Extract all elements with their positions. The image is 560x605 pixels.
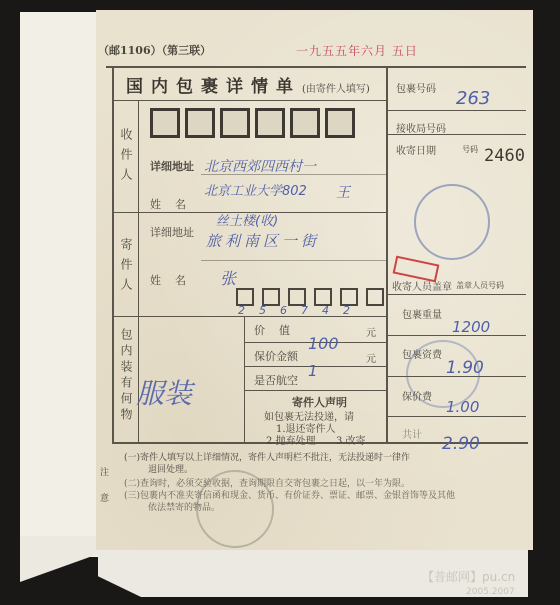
- recipient-name-label: 姓名: [150, 196, 200, 212]
- recipient-address-line1: 北京西郊四西村一: [204, 156, 316, 176]
- notes-line1b: 退回处理。: [148, 462, 193, 475]
- receiving-office-label: 接收局号码: [396, 120, 446, 135]
- parcel-number-label: 包裹号码: [396, 80, 436, 95]
- form-title: 国内包裹详情单: [126, 72, 301, 97]
- declared-value-label: 价值: [254, 322, 304, 338]
- sender-section-label: 寄件人: [118, 238, 135, 298]
- insured-amount-label: 保价金额: [254, 348, 298, 364]
- sender-name-label: 姓名: [150, 272, 200, 288]
- insured-amount-value: 100: [308, 334, 339, 353]
- postmark-stamp: [414, 184, 490, 260]
- sender-address-line2: 旅利南区一街: [206, 230, 320, 251]
- postcode-box: [185, 108, 215, 138]
- watermark: 【普邮网】pu.cn: [422, 568, 515, 585]
- postcode-box: [150, 108, 180, 138]
- recipient-address-line2: 北京工业大学802: [204, 180, 307, 199]
- insured-amount-unit: 元: [366, 350, 376, 365]
- sender-name-value: 张: [220, 266, 236, 289]
- recipient-section-label: 收件人: [118, 128, 135, 188]
- receipt-serial-prefix: 号码: [462, 144, 478, 155]
- form-code: （邮1106）（第三联）: [98, 42, 211, 58]
- recipient-address-label: 详细地址: [150, 158, 194, 174]
- postcode-box: [220, 108, 250, 138]
- postcode-box: [366, 288, 384, 306]
- postcode-box: [255, 108, 285, 138]
- airmail-label: 是否航空: [254, 372, 298, 388]
- declaration-option2[interactable]: 2.抛弃处理: [266, 432, 316, 447]
- declaration-option3[interactable]: 3.改寄: [336, 432, 366, 447]
- insurance-fee-label: 保价费: [402, 388, 432, 403]
- recipient-postcode-boxes: [150, 108, 360, 142]
- recipient-name-value: 王: [336, 182, 350, 202]
- clerk-seal-label: 收寄人员盖章: [392, 278, 452, 293]
- postcode-box: [290, 108, 320, 138]
- total-label: 共计: [402, 426, 422, 441]
- receipt-date-label: 收寄日期: [396, 142, 436, 157]
- contents-section-label: 包内装有何物: [118, 328, 135, 424]
- total-value: 2.90: [442, 434, 480, 454]
- watermark-subtext: 2005.2007: [466, 587, 515, 597]
- postcode-box: [325, 108, 355, 138]
- receipt-serial: 2460: [484, 146, 525, 166]
- sender-address-line1: 丝土楼(收): [216, 210, 278, 229]
- insurance-fee-value: 1.00: [446, 398, 479, 416]
- declared-value-unit: 元: [366, 324, 376, 339]
- notes-label: 注意: [100, 460, 110, 512]
- date-stamp: 一九五五年六月 五日: [296, 42, 418, 59]
- sender-address-label: 详细地址: [150, 224, 194, 240]
- weight-label: 包裹重量: [402, 306, 442, 321]
- weight-value: 1200: [452, 318, 490, 336]
- clerk-seal-suffix: 盖章人员号码: [456, 280, 504, 291]
- contents-value: 服装: [136, 372, 192, 412]
- postmark-stamp-3: [196, 470, 274, 548]
- airmail-value: 1: [308, 362, 318, 380]
- parcel-number-value: 263: [456, 88, 490, 109]
- parcel-form: （邮1106）（第三联） 一九五五年六月 五日 国内包裹详情单 (由寄件人填写)…: [96, 10, 533, 550]
- form-title-note: (由寄件人填写): [302, 80, 370, 95]
